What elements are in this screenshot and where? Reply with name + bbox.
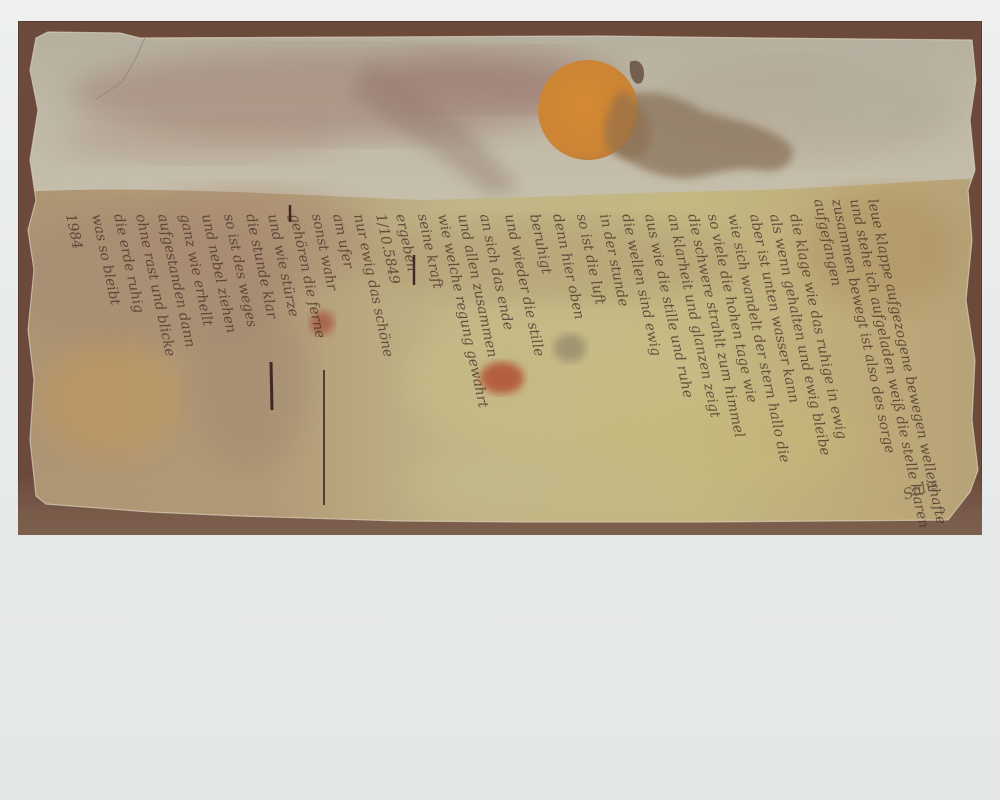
artwork-page: leue klappe aufgezogene bewegen wellenha…: [0, 0, 1000, 800]
ink-stroke: [271, 362, 272, 410]
watercolor-artwork: leue klappe aufgezogene bewegen wellenha…: [0, 0, 1000, 800]
